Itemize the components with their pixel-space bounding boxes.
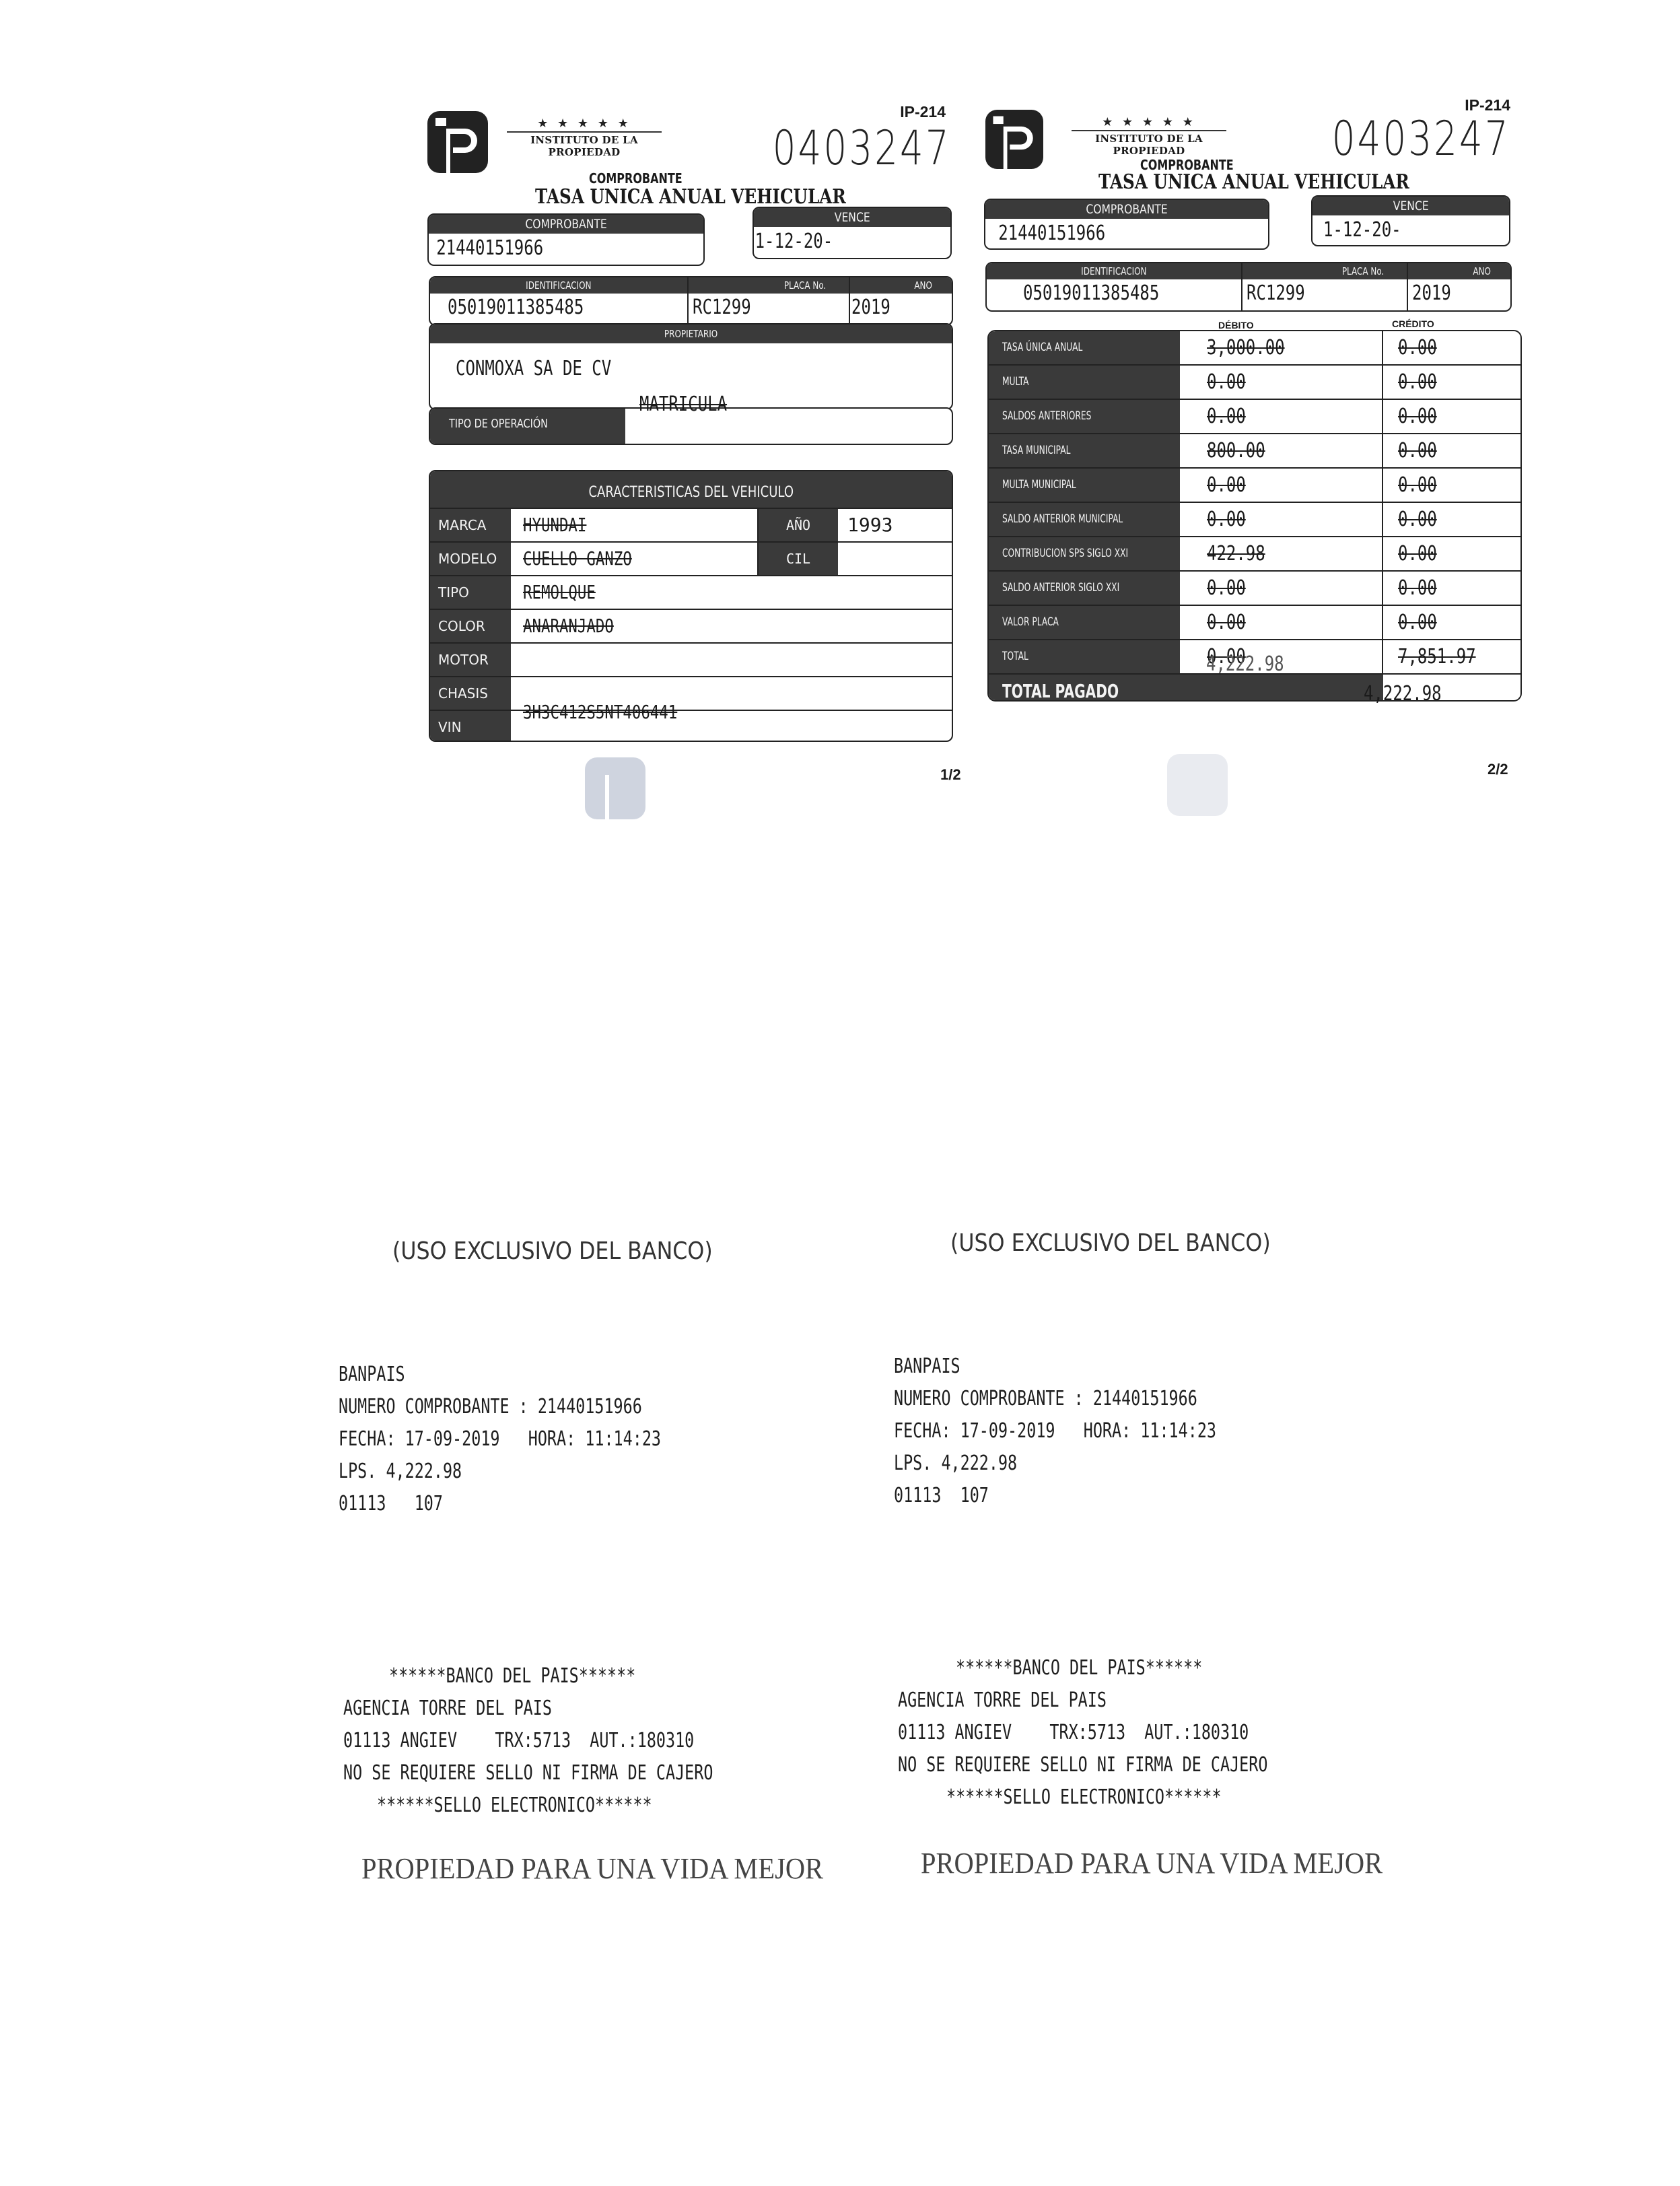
vehicle-row-tipo: TIPO REMOLQUE	[430, 575, 952, 609]
codigo: 01113 107	[894, 1480, 989, 1512]
stars-icon: ★ ★ ★ ★ ★	[1072, 116, 1226, 129]
aviso: NO SE REQUIERE SELLO NI FIRMA DE CAJERO	[343, 1757, 713, 1789]
document-title: TASA UNICA ANUAL VEHICULAR	[535, 185, 846, 209]
stars-icon: ★ ★ ★ ★ ★	[507, 118, 662, 130]
charge-row: VALOR PLACA0.000.00	[989, 605, 1520, 639]
identification-box: IDENTIFICACION 05019011385485 PLACA No. …	[985, 262, 1512, 312]
institution-name: INSTITUTO DE LA PROPIEDAD	[1072, 133, 1226, 157]
agencia: AGENCIA TORRE DEL PAIS	[343, 1693, 552, 1725]
ano-modelo-value: 1993	[847, 509, 893, 541]
total-credito: 7,851.97	[1398, 640, 1476, 673]
placa-label: PLACA No.	[1342, 263, 1385, 279]
watermark-logo-icon	[1166, 754, 1228, 816]
institution-name: INSTITUTO DE LA PROPIEDAD	[507, 134, 662, 158]
marca-label: MARCA	[430, 509, 511, 541]
comprobante-box: COMPROBANTE 21440151966	[984, 199, 1269, 250]
placa-label: PLACA No.	[784, 277, 827, 294]
ano-modelo-label: AÑO	[757, 509, 838, 541]
modelo-label: MODELO	[430, 543, 511, 575]
monto: LPS. 4,222.98	[894, 1447, 1017, 1480]
vehicle-row-vin: VIN 3H3C412S5NT406441	[430, 710, 952, 742]
bank-name: BANPAIS	[894, 1351, 960, 1383]
vehicle-row-motor: MOTOR	[430, 642, 952, 676]
ano-label: ANO	[914, 277, 932, 294]
identificacion-label: IDENTIFICACION	[526, 277, 591, 294]
codigo: 01113 107	[339, 1488, 443, 1520]
vence-box: VENCE 1-12-20-	[753, 207, 952, 259]
comprobante-value: 21440151966	[985, 219, 1212, 248]
bank-name: BANPAIS	[339, 1359, 405, 1391]
charge-row: TASA ÚNICA ANUAL3,000.000.00	[989, 331, 1520, 364]
institution-block: ★ ★ ★ ★ ★ INSTITUTO DE LA PROPIEDAD	[507, 118, 662, 158]
credito-header: CRÉDITO	[1392, 318, 1434, 329]
motto: PROPIEDAD PARA UNA VIDA MEJOR	[361, 1851, 823, 1886]
charge-row: TASA MUNICIPAL800.000.00	[989, 433, 1520, 467]
bank-heading: (USO EXCLUSIVO DEL BANCO)	[392, 1237, 713, 1265]
vence-label: VENCE	[1393, 197, 1429, 215]
charge-row: CONTRIBUCION SPS SIGLO XXI422.980.00	[989, 536, 1520, 570]
transaccion: 01113 ANGIEV TRX:5713 AUT.:180310	[343, 1725, 694, 1757]
cil-label: CIL	[757, 543, 838, 575]
sello: ******SELLO ELECTRONICO******	[377, 1789, 652, 1822]
vin-value: 3H3C412S5NT406441	[523, 696, 677, 728]
form-code: IP-214	[900, 103, 946, 121]
charge-row: SALDO ANTERIOR SIGLO XXI0.000.00	[989, 570, 1520, 605]
monto: LPS. 4,222.98	[339, 1456, 462, 1488]
page-indicator: 1/2	[940, 766, 961, 784]
comprobante-label: COMPROBANTE	[525, 215, 606, 234]
total-debito: 4,222.98	[1206, 652, 1284, 676]
total-pagado-label: TOTAL PAGADO	[1002, 675, 1119, 702]
chasis-label: CHASIS	[430, 677, 511, 710]
page-indicator: 2/2	[1487, 761, 1508, 778]
charges-table: TASA ÚNICA ANUAL3,000.000.00 MULTA0.000.…	[987, 330, 1522, 702]
motor-label: MOTOR	[430, 644, 511, 676]
placa-value: RC1299	[1247, 279, 1305, 308]
color-value: ANARANJADO	[523, 610, 614, 642]
tipo-label: TIPO	[430, 576, 511, 609]
vence-box: VENCE 1-12-20-	[1311, 195, 1510, 246]
transaccion: 01113 ANGIEV TRX:5713 AUT.:180310	[898, 1717, 1249, 1749]
comprobante-box: COMPROBANTE 21440151966	[427, 213, 705, 266]
charge-row: SALDOS ANTERIORES0.000.00	[989, 399, 1520, 433]
receipt-left: ★ ★ ★ ★ ★ INSTITUTO DE LA PROPIEDAD IP-2…	[421, 91, 952, 751]
charge-row: MULTA0.000.00	[989, 364, 1520, 399]
vence-value: 1-12-20-	[1312, 215, 1470, 245]
ano-label: ANO	[1473, 263, 1491, 279]
ip-logo-icon	[427, 111, 488, 173]
charge-row: MULTA MUNICIPAL0.000.00	[989, 467, 1520, 502]
numero-comprobante: NUMERO COMPROBANTE : 21440151966	[894, 1383, 1197, 1415]
agencia: AGENCIA TORRE DEL PAIS	[898, 1684, 1107, 1717]
fecha-hora: FECHA: 17-09-2019 HORA: 11:14:23	[339, 1423, 661, 1456]
subtitle: COMPROBANTE	[589, 170, 682, 186]
modelo-value: CUELLO GANZO	[523, 543, 632, 575]
propietario-label: PROPIETARIO	[664, 325, 717, 343]
total-pagado-value: 4,222.98	[1364, 682, 1442, 706]
color-label: COLOR	[430, 610, 511, 642]
ano-value: 2019	[851, 294, 890, 322]
bank-banner: ******BANCO DEL PAIS******	[389, 1660, 635, 1693]
vin-label: VIN	[430, 711, 511, 742]
vehicle-characteristics: CARACTERISTICAS DEL VEHICULO MARCA HYUND…	[429, 470, 953, 742]
identification-box: IDENTIFICACION 05019011385485 PLACA No. …	[429, 276, 953, 326]
identificacion-label: IDENTIFICACION	[1081, 263, 1146, 279]
vehicle-row-marca: MARCA HYUNDAI AÑO 1993	[430, 508, 952, 541]
vence-value: 1-12-20-	[754, 227, 911, 257]
receipt-right: ★ ★ ★ ★ ★ INSTITUTO DE LA PROPIEDAD IP-2…	[984, 84, 1523, 744]
bank-banner: ******BANCO DEL PAIS******	[956, 1652, 1202, 1684]
comprobante-label: COMPROBANTE	[1086, 200, 1167, 219]
document-title: TASA UNICA ANUAL VEHICULAR	[1098, 170, 1409, 194]
charge-row: SALDO ANTERIOR MUNICIPAL0.000.00	[989, 502, 1520, 536]
vence-label: VENCE	[835, 208, 870, 227]
tipo-operacion-value: MATRICULA	[639, 392, 727, 416]
vehicle-row-modelo: MODELO CUELLO GANZO CIL	[430, 541, 952, 575]
marca-value: HYUNDAI	[523, 509, 586, 541]
identificacion-value: 05019011385485	[1023, 279, 1159, 308]
fecha-hora: FECHA: 17-09-2019 HORA: 11:14:23	[894, 1415, 1216, 1447]
placa-value: RC1299	[693, 294, 751, 322]
vehicle-row-color: COLOR ANARANJADO	[430, 609, 952, 642]
bank-heading: (USO EXCLUSIVO DEL BANCO)	[950, 1229, 1271, 1257]
tipo-value: REMOLQUE	[523, 576, 596, 609]
serial-number: 0403247	[1332, 111, 1510, 166]
ano-value: 2019	[1412, 279, 1451, 308]
watermark-logo-icon	[584, 757, 646, 819]
serial-number: 0403247	[773, 121, 951, 176]
motto: PROPIEDAD PARA UNA VIDA MEJOR	[921, 1846, 1382, 1880]
sello: ******SELLO ELECTRONICO******	[946, 1781, 1222, 1814]
aviso: NO SE REQUIERE SELLO NI FIRMA DE CAJERO	[898, 1749, 1267, 1781]
debito-header: DÉBITO	[1218, 320, 1254, 331]
tipo-operacion-label: TIPO DE OPERACIÓN	[449, 409, 548, 440]
numero-comprobante: NUMERO COMPROBANTE : 21440151966	[339, 1391, 642, 1423]
institution-block: ★ ★ ★ ★ ★ INSTITUTO DE LA PROPIEDAD	[1072, 116, 1226, 157]
propietario-value: CONMOXA SA DE CV	[456, 357, 611, 380]
identificacion-value: 05019011385485	[448, 294, 584, 322]
comprobante-value: 21440151966	[429, 234, 648, 263]
ip-logo-icon	[985, 110, 1043, 169]
